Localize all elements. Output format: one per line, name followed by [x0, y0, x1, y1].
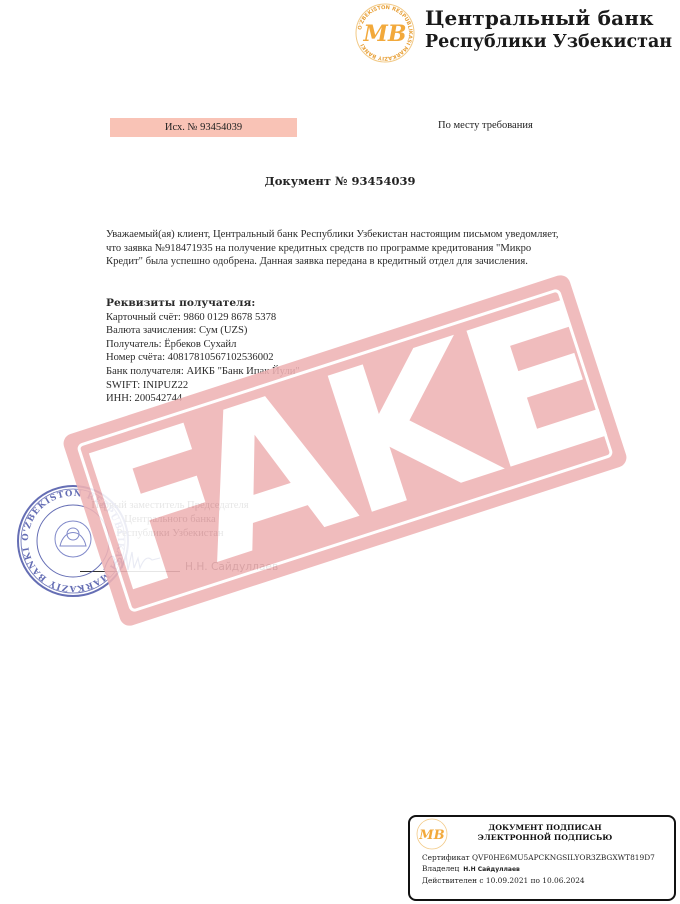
bank-name: Центральный банк Республики Узбекистан	[425, 6, 672, 54]
svg-text:MB: MB	[363, 21, 407, 47]
esig-info: Сертификат QVF0HE6MU5APCKNGSILYOR3ZBGXWT…	[422, 852, 655, 886]
esig-title-line2: ЭЛЕКТРОННОЙ ПОДПИСЬЮ	[440, 833, 650, 843]
esig-validity: Действителен с 10.09.2021 по 10.06.2024	[422, 875, 655, 886]
esig-certificate-value: QVF0HE6MU5APCKNGSILYOR3ZBGXWT819D7	[472, 853, 655, 862]
recipient-name: Получатель: Ёрбеков Сухайл	[106, 338, 300, 352]
document-title: Документ № 93454039	[0, 174, 680, 188]
destination-text: По месту требования	[438, 120, 533, 131]
outgoing-ref-number: Исх. № 93454039	[110, 118, 297, 137]
recipient-card-account: Карточный счёт: 9860 0129 8678 5378	[106, 311, 300, 325]
esig-owner: ВладелецН.Н Сайдуллаев	[422, 863, 655, 875]
notification-body: Уважаемый(ая) клиент, Центральный банк Р…	[106, 228, 566, 269]
esig-owner-value: Н.Н Сайдуллаев	[463, 866, 520, 873]
esig-title-line1: ДОКУМЕНТ ПОДПИСАН	[440, 823, 650, 833]
esig-title: ДОКУМЕНТ ПОДПИСАН ЭЛЕКТРОННОЙ ПОДПИСЬЮ	[440, 823, 650, 842]
bank-name-line1: Центральный банк	[425, 6, 672, 30]
bank-name-line2: Республики Узбекистан	[425, 30, 672, 54]
recipient-currency: Валюта зачисления: Сум (UZS)	[106, 324, 300, 338]
esig-certificate-label: Сертификат	[422, 853, 470, 862]
recipient-heading: Реквизиты получателя:	[106, 297, 300, 311]
esig-certificate: Сертификат QVF0HE6MU5APCKNGSILYOR3ZBGXWT…	[422, 852, 655, 863]
central-bank-logo-icon: O'ZBEKISTON RESPUBLIKASI MARKAZIY BANKI …	[354, 2, 416, 64]
esig-owner-label: Владелец	[422, 864, 459, 873]
